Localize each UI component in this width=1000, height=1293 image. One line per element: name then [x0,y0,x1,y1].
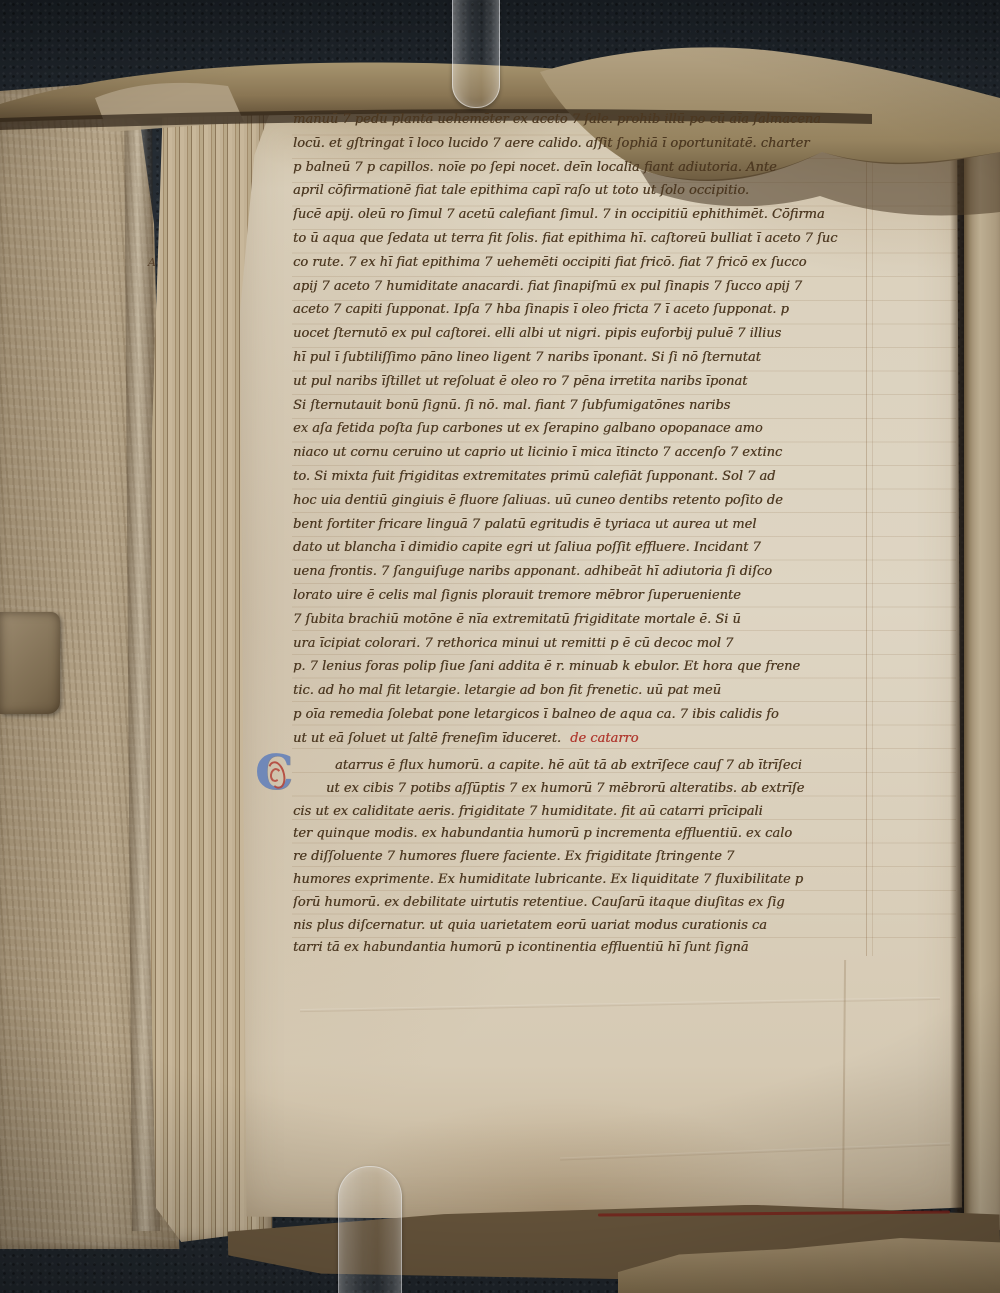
manuscript-line: april cōfirmationē fiat tale epithima ca… [293,179,883,203]
plastic-clamp-top [452,0,500,108]
manuscript-line: cis ut ex caliditate aeris. frigiditate … [293,801,883,824]
manuscript-line: aceto 7 capiti ſupponat. Ipſa 7 hba ſina… [293,298,883,322]
manuscript-line: ſorū humorū. ex debilitate uirtutis rete… [293,892,883,915]
manuscript-line: co rute. 7 ex hī fiat epithima 7 uehemēt… [293,251,883,275]
manuscript-line: lorato uire ē celis mal ſignis plorauit … [293,584,883,608]
manuscript-line: hī pul ī ſubtiliſſimo pāno lineo ligent … [293,346,883,370]
manuscript-line: niaco ut cornu ceruino ut caprio ut lici… [293,441,883,465]
plastic-clamp-bottom [338,1166,402,1293]
manuscript-line: to ū aqua que ſedata ut terra fit ſolis.… [293,227,883,251]
manuscript-line: dato ut blancha ī dimidio capite egri ut… [293,536,883,560]
manuscript-line: re diſſoluente 7 humores fluere faciente… [293,846,883,869]
manuscript-photo: A manuū 7 pedū plantā uehemēter ex aceto… [0,0,1000,1293]
quire-signature-mark: A [148,256,156,269]
text-block-upper: manuū 7 pedū plantā uehemēter ex aceto 7… [293,108,883,751]
text-block-lower: atarrus ē flux humorū. a capite. hē aūt … [293,755,883,960]
manuscript-line: p balneū 7 p capillos. noīe po ſepi noce… [293,156,883,180]
right-page-block-edge [964,108,1000,1230]
manuscript-line: nis plus diſcernatur. ut quia uarietatem… [293,915,883,938]
manuscript-line: bent fortiter fricare linguā 7 palatū eg… [293,513,883,537]
manuscript-line: ter quinque modis. ex habundantia humorū… [293,823,883,846]
manuscript-line: hoc uia dentiū gingiuis ē fluore ſaliuas… [293,489,883,513]
manuscript-line: p. 7 lenius foras polip ſiue ſani addita… [293,655,883,679]
manuscript-line: tarri tā ex habundantia humorū p icontin… [293,937,883,960]
binding-strap [0,612,60,714]
manuscript-line: Si ſternutauit bonū ſignū. ſi nō. mal. f… [293,394,883,418]
manuscript-line: humores exprimente. Ex humiditate lubric… [293,869,883,892]
manuscript-line: ex aſa fetida poſta ſup carbones ut ex ſ… [293,417,883,441]
illuminated-initial: C [255,748,295,802]
manuscript-line: tic. ad ho mal fit letargie. letargie ad… [293,679,883,703]
manuscript-line: uena frontis. 7 ſanguiſuge naribs appona… [293,560,883,584]
manuscript-line: ſucē apij. oleū ro ſimul 7 acetū calefia… [293,203,883,227]
rubric-de-catarro: de catarro [570,731,638,746]
manuscript-line: to. Si mixta fuit frigiditas extremitate… [293,465,883,489]
manuscript-line: manuū 7 pedū plantā uehemēter ex aceto 7… [293,108,883,132]
manuscript-line: locū. et gſtringat ī loco lucido 7 aere … [293,132,883,156]
manuscript-line: ura īcipiat colorari. 7 rethorica minui … [293,632,883,656]
manuscript-line: apij 7 aceto 7 humiditate anacardi. fiat… [293,275,883,299]
manuscript-line: ut ex cibis 7 potibs aſſūptis 7 ex humor… [293,778,883,801]
manuscript-line: atarrus ē flux humorū. a capite. hē aūt … [293,755,883,778]
manuscript-line: ut pul naribs īſtillet ut reſoluat ē ole… [293,370,883,394]
manuscript-line: 7 ſubita brachiū motōne ē nīa extremitat… [293,608,883,632]
manuscript-line: p oīa remedia ſolebat pone letargicos ī … [293,703,883,727]
manuscript-line: uocet ſternutō ex pul caſtorei. elli alb… [293,322,883,346]
manuscript-line: ut ut eā ſoluet ut ſaltē freneſim īducer… [293,727,883,751]
